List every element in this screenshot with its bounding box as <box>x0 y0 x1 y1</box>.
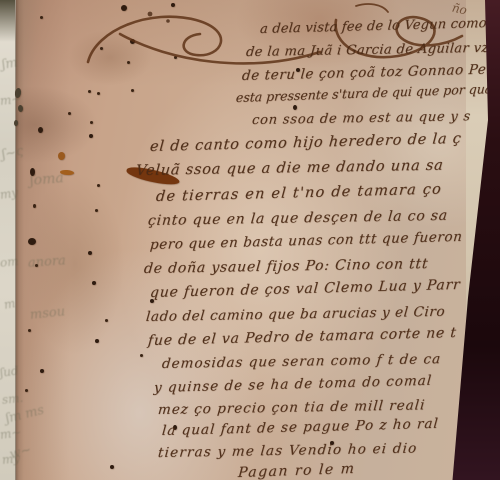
ink-spot <box>89 134 93 138</box>
ink-spot <box>97 184 100 187</box>
manuscript-photo: ʃmm~ʃ~ςmyommʃudsm.m~myʃomaanoramsouʃm ms… <box>0 0 500 480</box>
ink-spot <box>140 354 143 357</box>
ink-spot <box>95 209 98 212</box>
ghost-show-through-mark: om <box>0 254 19 270</box>
ghost-show-through-mark: m <box>3 296 17 312</box>
ink-spot <box>30 168 35 176</box>
ink-spot <box>28 329 31 332</box>
ink-spot <box>68 112 71 115</box>
ink-spot <box>88 251 92 255</box>
ink-spot <box>58 152 65 160</box>
ink-spot <box>40 369 44 373</box>
ink-spot <box>90 121 93 124</box>
manuscript-line: Pagan ro le m <box>237 461 356 480</box>
ink-spot <box>95 339 99 343</box>
ink-spot <box>105 319 108 322</box>
ink-spot <box>38 127 43 133</box>
corner-mark: ño <box>451 1 469 18</box>
ink-spot <box>35 264 38 267</box>
ghost-show-through-mark: sm. <box>1 391 24 407</box>
ink-spot <box>92 281 96 285</box>
ghost-show-through-mark: anora <box>27 253 66 271</box>
ink-spot <box>110 465 114 469</box>
ghost-show-through-mark: ʃud <box>0 363 19 379</box>
ink-spot <box>25 389 28 392</box>
ghost-show-through-mark: my <box>0 186 19 202</box>
ink-spot <box>293 105 297 110</box>
ink-spot <box>33 204 36 208</box>
ghost-show-through-mark: m~ <box>0 425 22 442</box>
ink-spot <box>28 238 36 245</box>
